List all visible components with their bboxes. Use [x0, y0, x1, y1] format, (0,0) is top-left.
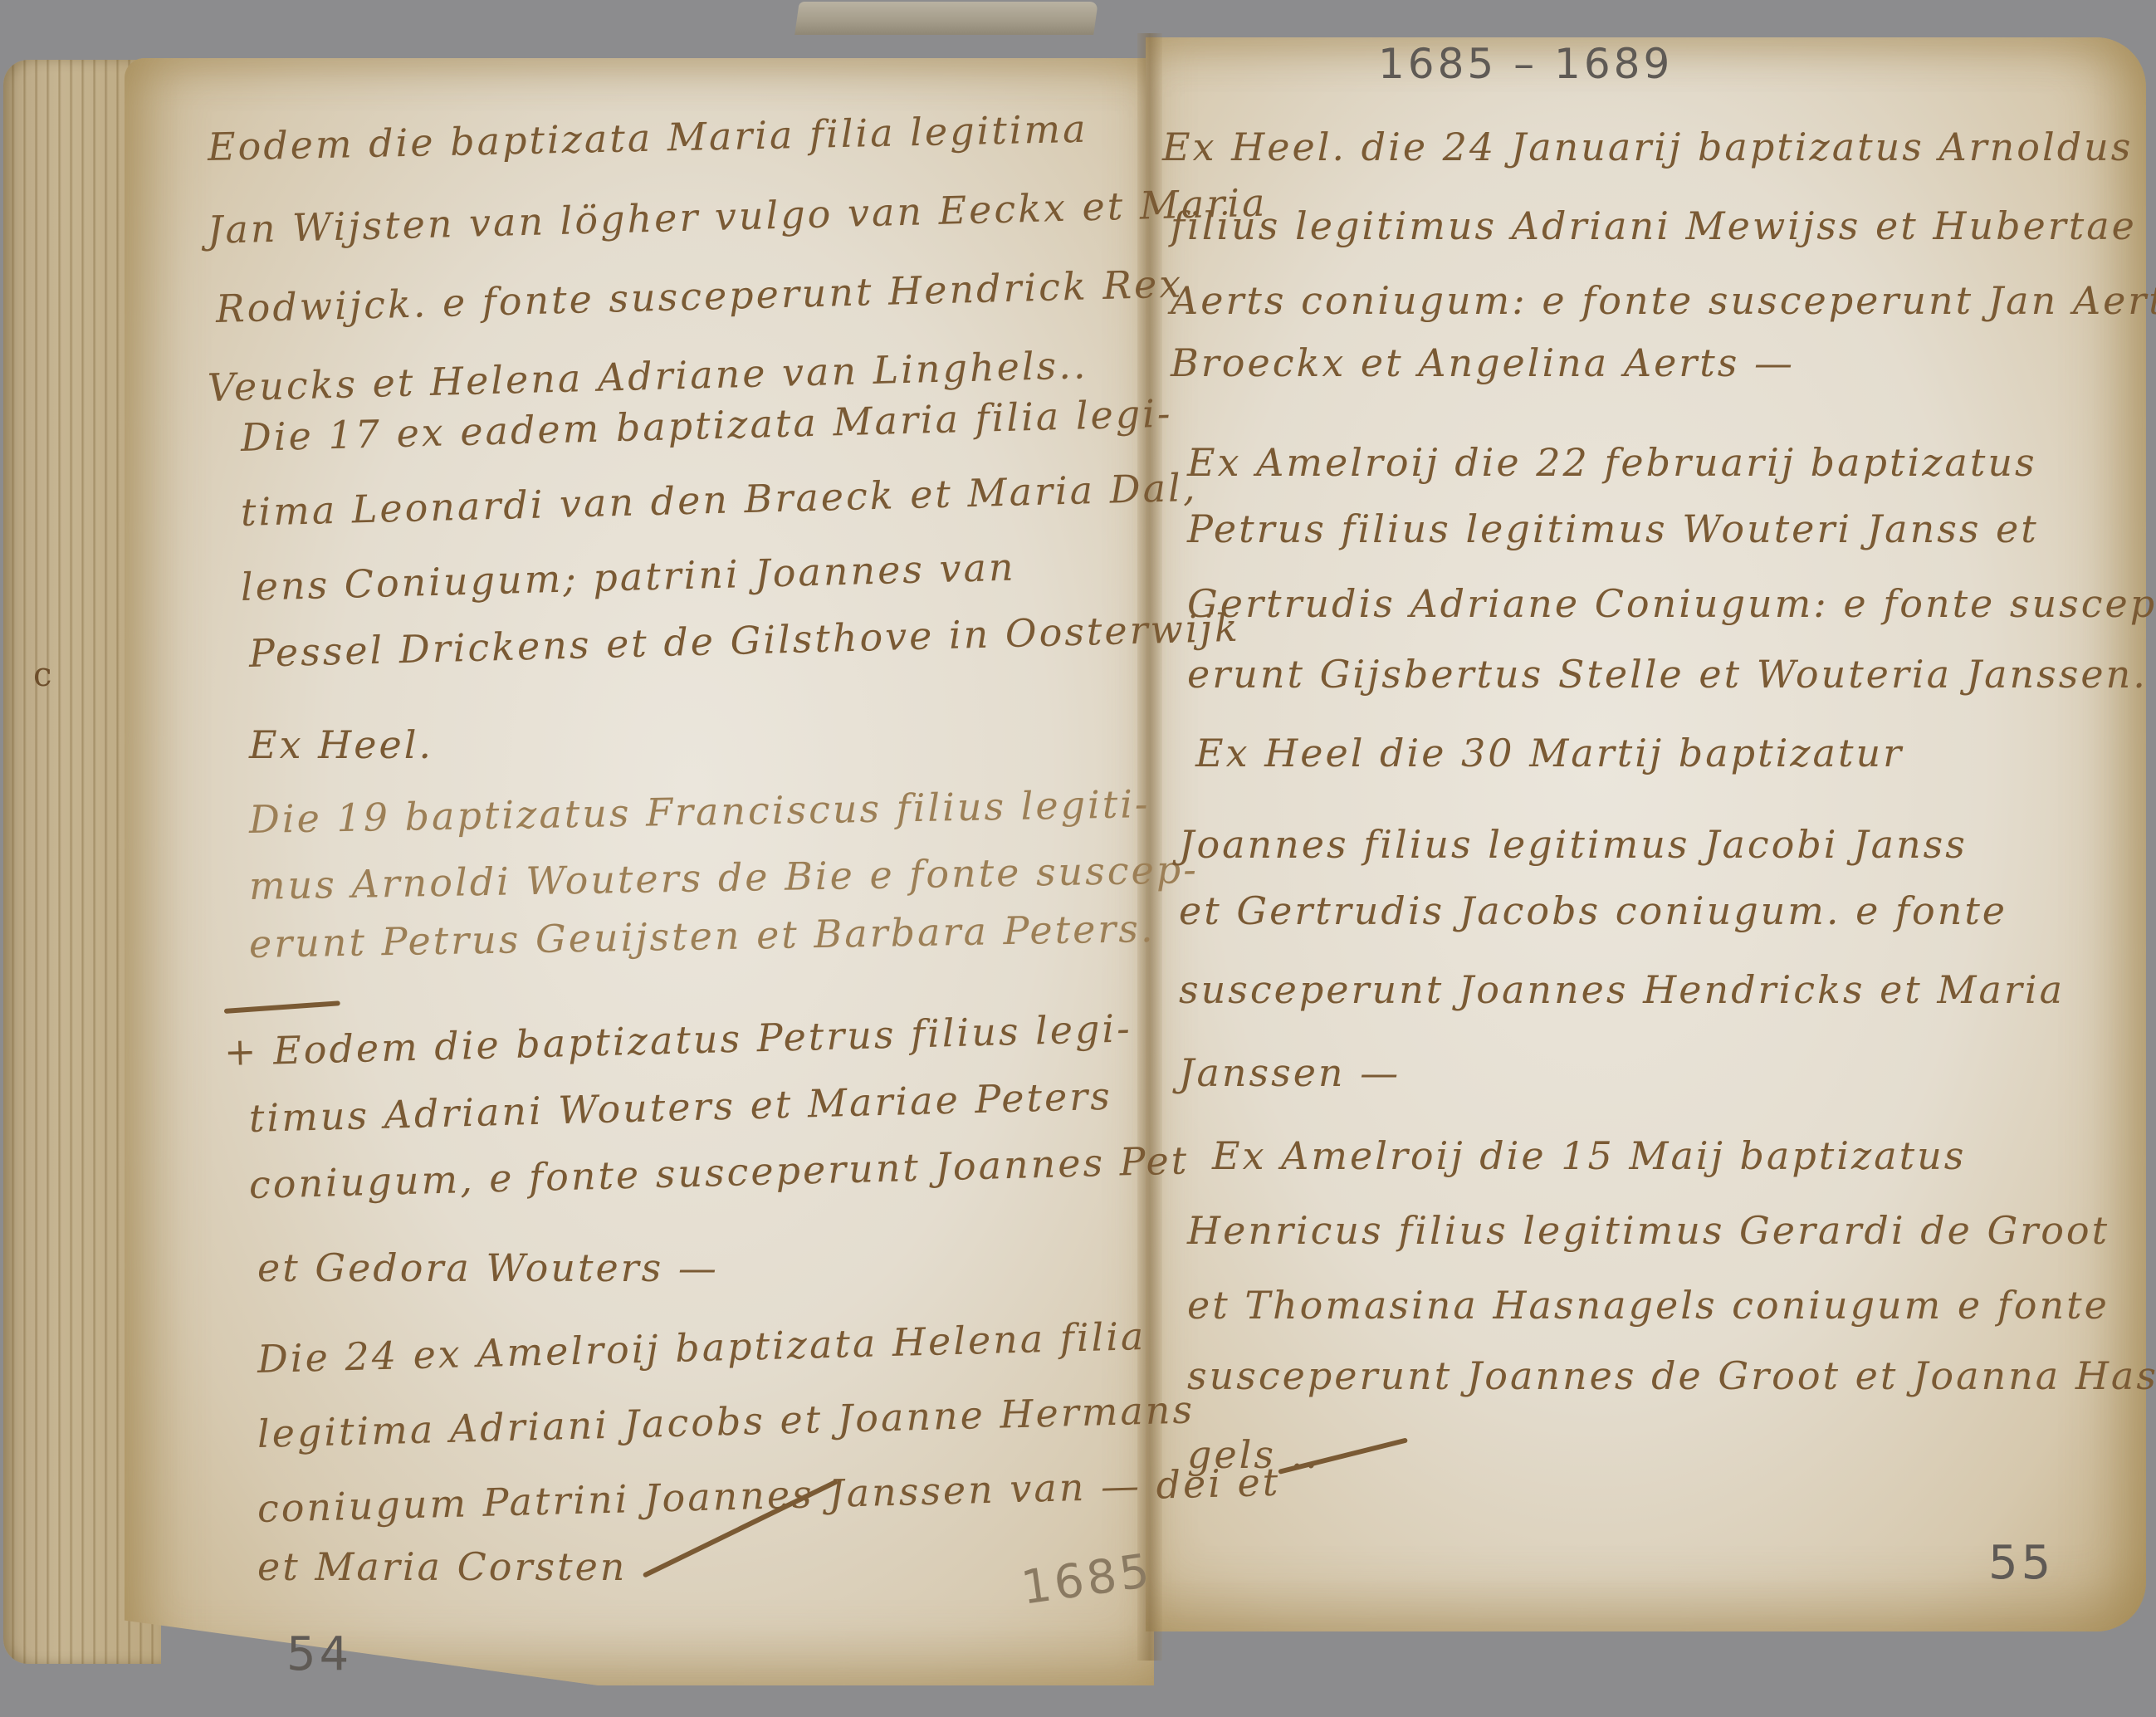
right-line-8: erunt Gijsbertus Stelle et Wouteria Jans… [1187, 652, 2148, 697]
right-line-13: Janssen — [1179, 1050, 1401, 1095]
right-line-15: Henricus filius legitimus Gerardi de Gro… [1187, 1208, 2110, 1253]
right-line-18: gels .. [1187, 1432, 1320, 1477]
right-line-3: Aerts coniugum: e fonte susceperunt Jan … [1171, 278, 2156, 323]
right-line-1: Ex Heel. die 24 Januarij baptizatus Arno… [1162, 125, 2133, 169]
book-spine-headband [794, 2, 1098, 35]
page-number-right: 55 [1988, 1536, 2054, 1590]
left-margin-mark: c [33, 656, 51, 694]
right-line-7: Gertrudis Adriane Coniugum: e fonte susc… [1187, 581, 2156, 626]
page-number-left: 54 [286, 1627, 352, 1681]
right-line-12: susceperunt Joannes Hendricks et Maria [1179, 967, 2065, 1012]
right-line-14: Ex Amelroij die 15 Maij baptizatus [1212, 1133, 1966, 1178]
right-line-17: susceperunt Joannes de Groot et Joanna H… [1187, 1353, 2156, 1398]
left-line-20: et Maria Corsten [257, 1544, 627, 1589]
right-line-10: Joannes filius legitimus Jacobi Janss [1179, 822, 1968, 867]
right-line-6: Petrus filius legitimus Wouteri Janss et [1187, 506, 2039, 551]
right-line-2: filius legitimus Adriani Mewijss et Hube… [1171, 203, 2137, 248]
header-year-range: 1685 – 1689 [1378, 40, 1673, 88]
left-line-16: et Gedora Wouters — [257, 1245, 719, 1290]
right-line-9: Ex Heel die 30 Martij baptizatur [1195, 731, 1904, 775]
right-line-4: Broeckx et Angelina Aerts — [1171, 340, 1795, 385]
right-line-16: et Thomasina Hasnagels coniugum e fonte [1187, 1283, 2110, 1328]
right-line-5: Ex Amelroij die 22 februarij baptizatus [1187, 440, 2037, 485]
open-register-book: c 1685 – 1689 Eodem die baptizata Maria … [0, 0, 2156, 1717]
right-line-11: et Gertrudis Jacobs coniugum. e fonte [1179, 888, 2007, 933]
left-line-9: Ex Heel. [249, 722, 433, 767]
